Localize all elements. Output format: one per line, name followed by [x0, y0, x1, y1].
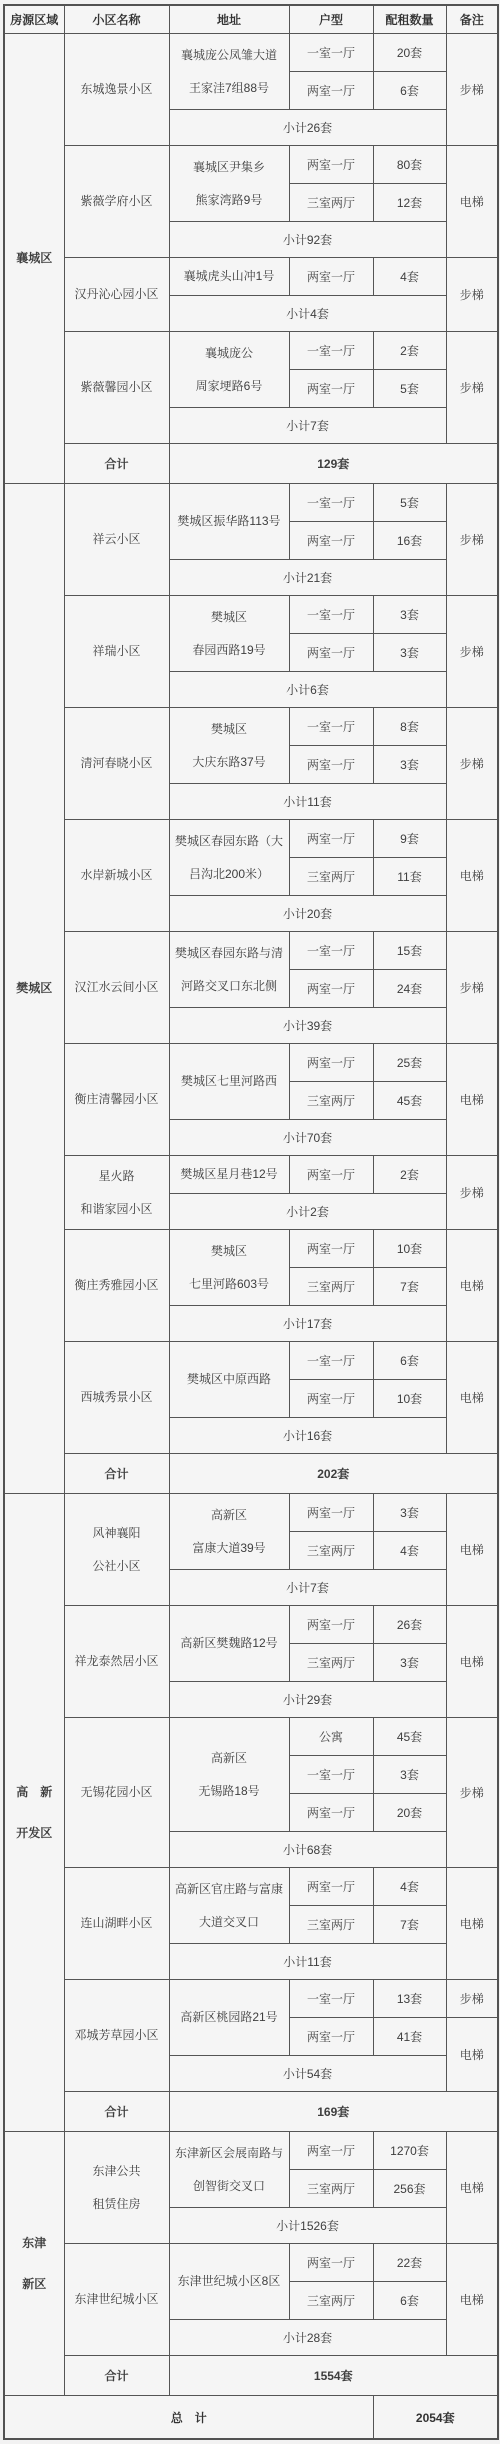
text-line: 邓城芳草园小区 [67, 2028, 167, 2043]
text-line: 星火路 [67, 1169, 167, 1184]
region-total-label: 合计 [64, 444, 169, 484]
unit-type-cell: 三室两厅 [289, 184, 373, 222]
unit-qty-cell: 20套 [373, 34, 446, 72]
community-cell: 紫薇馨园小区 [64, 332, 169, 444]
unit-row: 东津世纪城小区东津世纪城小区8区两室一厅22套电梯 [4, 2244, 498, 2282]
unit-type-cell: 两室一厅 [289, 970, 373, 1008]
address-cell: 樊城区七里河路603号 [169, 1230, 289, 1306]
unit-row: 汉江水云间小区樊城区春园东路与清河路交叉口东北侧一室一厅15套步梯 [4, 932, 498, 970]
subtotal-cell: 小计17套 [169, 1306, 446, 1342]
unit-qty-cell: 16套 [373, 522, 446, 560]
address-cell: 樊城区七里河路西 [169, 1044, 289, 1120]
unit-row: 邓城芳草园小区高新区桃园路21号一室一厅13套步梯 [4, 1980, 498, 2018]
grand-total-label: 总 计 [4, 2396, 373, 2440]
unit-type-cell: 一室一厅 [289, 1980, 373, 2018]
unit-type-cell: 两室一厅 [289, 1494, 373, 1532]
text-line: 无锡路18号 [172, 1784, 287, 1799]
address-cell: 襄城区尹集乡熊家湾路9号 [169, 146, 289, 222]
unit-qty-cell: 22套 [373, 2244, 446, 2282]
text-line: 东城逸景小区 [67, 82, 167, 97]
remark-cell: 步梯 [446, 484, 498, 596]
text-line: 高新区官庄路与富康 [172, 1882, 287, 1897]
unit-type-cell: 两室一厅 [289, 1044, 373, 1082]
text-line: 开发区 [7, 1826, 62, 1841]
region-cell: 襄城区 [4, 34, 64, 484]
unit-qty-cell: 3套 [373, 1494, 446, 1532]
page: 房源区域 小区名称 地址 户型 配租数量 备注 襄城区东城逸景小区襄城庞公凤雏大… [0, 0, 500, 2444]
unit-type-cell: 两室一厅 [289, 146, 373, 184]
text-line: 七里河路603号 [172, 1277, 287, 1292]
unit-qty-cell: 12套 [373, 184, 446, 222]
community-cell: 水岸新城小区 [64, 820, 169, 932]
text-line: 春园西路19号 [172, 643, 287, 658]
subtotal-cell: 小计21套 [169, 560, 446, 596]
subtotal-cell: 小计11套 [169, 1944, 446, 1980]
unit-row: 衡庄秀雅园小区樊城区七里河路603号两室一厅10套电梯 [4, 1230, 498, 1268]
unit-qty-cell: 3套 [373, 746, 446, 784]
community-cell: 汉江水云间小区 [64, 932, 169, 1044]
address-cell: 襄城庞公周家埂路6号 [169, 332, 289, 408]
unit-type-cell: 两室一厅 [289, 634, 373, 672]
text-line: 水岸新城小区 [67, 868, 167, 883]
community-cell: 东津世纪城小区 [64, 2244, 169, 2356]
grand-total-value: 2054套 [373, 2396, 498, 2440]
text-line: 祥云小区 [67, 532, 167, 547]
text-line: 东津世纪城小区8区 [172, 2274, 287, 2289]
text-line: 樊城区 [172, 1244, 287, 1259]
text-line: 东津世纪城小区 [67, 2292, 167, 2307]
community-cell: 星火路和谐家园小区 [64, 1156, 169, 1230]
unit-qty-cell: 41套 [373, 2018, 446, 2056]
unit-type-cell: 两室一厅 [289, 1606, 373, 1644]
column-header-remark: 备注 [446, 5, 498, 34]
remark-cell: 电梯 [446, 1044, 498, 1156]
text-line: 襄城庞公凤雏大道 [172, 48, 287, 63]
address-cell: 樊城区星月巷12号 [169, 1156, 289, 1194]
unit-qty-cell: 7套 [373, 1268, 446, 1306]
column-header-address: 地址 [169, 5, 289, 34]
remark-cell: 步梯 [446, 1156, 498, 1230]
address-cell: 樊城区春园东路与清河路交叉口东北侧 [169, 932, 289, 1008]
address-cell: 樊城区春园东路（大吕沟北200米） [169, 820, 289, 896]
region-total-value: 129套 [169, 444, 498, 484]
text-line: 无锡花园小区 [67, 1785, 167, 1800]
address-cell: 东津新区会展南路与创智街交叉口 [169, 2132, 289, 2208]
text-line: 紫薇学府小区 [67, 194, 167, 209]
region-total-value: 169套 [169, 2092, 498, 2132]
unit-row: 樊城区祥云小区樊城区振华路113号一室一厅5套步梯 [4, 484, 498, 522]
unit-qty-cell: 8套 [373, 708, 446, 746]
community-cell: 邓城芳草园小区 [64, 1980, 169, 2092]
text-line: 汉江水云间小区 [67, 980, 167, 995]
text-line: 富康大道39号 [172, 1541, 287, 1556]
grand-total-row: 总 计2054套 [4, 2396, 498, 2440]
unit-qty-cell: 4套 [373, 1532, 446, 1570]
text-line: 襄城区 [7, 251, 62, 266]
text-line: 西城秀景小区 [67, 1390, 167, 1405]
unit-qty-cell: 24套 [373, 970, 446, 1008]
address-cell: 樊城区大庆东路37号 [169, 708, 289, 784]
unit-row: 西城秀景小区樊城区中原西路一室一厅6套电梯 [4, 1342, 498, 1380]
unit-qty-cell: 45套 [373, 1082, 446, 1120]
unit-type-cell: 两室一厅 [289, 1794, 373, 1832]
unit-qty-cell: 10套 [373, 1230, 446, 1268]
text-line: 王家洼7组88号 [172, 81, 287, 96]
text-line: 公社小区 [67, 1559, 167, 1574]
community-cell: 祥云小区 [64, 484, 169, 596]
text-line: 樊城区春园东路（大 [172, 834, 287, 849]
text-line: 新区 [7, 2277, 62, 2292]
text-line: 风神襄阳 [67, 1526, 167, 1541]
column-header-unit-type: 户型 [289, 5, 373, 34]
address-cell: 襄城庞公凤雏大道王家洼7组88号 [169, 34, 289, 110]
remark-cell: 电梯 [446, 1494, 498, 1606]
text-line: 高新区 [172, 1508, 287, 1523]
community-cell: 连山湖畔小区 [64, 1868, 169, 1980]
remark-cell: 电梯 [446, 1342, 498, 1454]
remark-cell: 步梯 [446, 34, 498, 146]
unit-type-cell: 公寓 [289, 1718, 373, 1756]
text-line: 祥龙泰然居小区 [67, 1654, 167, 1669]
subtotal-cell: 小计26套 [169, 110, 446, 146]
unit-qty-cell: 6套 [373, 1342, 446, 1380]
text-line: 樊城区 [172, 722, 287, 737]
unit-type-cell: 两室一厅 [289, 2018, 373, 2056]
unit-qty-cell: 4套 [373, 258, 446, 296]
subtotal-cell: 小计7套 [169, 1570, 446, 1606]
address-cell: 高新区官庄路与富康大道交叉口 [169, 1868, 289, 1944]
subtotal-cell: 小计16套 [169, 1418, 446, 1454]
unit-row: 祥瑞小区樊城区春园西路19号一室一厅3套步梯 [4, 596, 498, 634]
unit-type-cell: 一室一厅 [289, 332, 373, 370]
remark-cell: 步梯 [446, 258, 498, 332]
remark-cell: 电梯 [446, 820, 498, 932]
unit-row: 汉丹沁心园小区襄城虎头山冲1号两室一厅4套步梯 [4, 258, 498, 296]
unit-type-cell: 三室两厅 [289, 1268, 373, 1306]
unit-row: 无锡花园小区高新区无锡路18号公寓45套步梯 [4, 1718, 498, 1756]
unit-qty-cell: 10套 [373, 1380, 446, 1418]
unit-qty-cell: 45套 [373, 1718, 446, 1756]
unit-type-cell: 两室一厅 [289, 72, 373, 110]
remark-cell: 步梯 [446, 596, 498, 708]
text-line: 祥瑞小区 [67, 644, 167, 659]
address-cell: 高新区樊魏路12号 [169, 1606, 289, 1682]
text-line: 衡庄秀雅园小区 [67, 1278, 167, 1293]
community-cell: 祥龙泰然居小区 [64, 1606, 169, 1718]
unit-qty-cell: 3套 [373, 596, 446, 634]
unit-type-cell: 两室一厅 [289, 2244, 373, 2282]
header-row: 房源区域 小区名称 地址 户型 配租数量 备注 [4, 5, 498, 34]
unit-qty-cell: 25套 [373, 1044, 446, 1082]
remark-cell: 电梯 [446, 1230, 498, 1342]
text-line: 和谐家园小区 [67, 1202, 167, 1217]
unit-type-cell: 一室一厅 [289, 1756, 373, 1794]
unit-qty-cell: 5套 [373, 484, 446, 522]
text-line: 樊城区七里河路西 [172, 1074, 287, 1089]
region-total-label: 合计 [64, 1454, 169, 1494]
text-line: 樊城区春园东路与清 [172, 946, 287, 961]
subtotal-cell: 小计68套 [169, 1832, 446, 1868]
text-line: 熊家湾路9号 [172, 193, 287, 208]
unit-qty-cell: 20套 [373, 1794, 446, 1832]
unit-type-cell: 一室一厅 [289, 932, 373, 970]
region-cell: 高 新开发区 [4, 1494, 64, 2132]
subtotal-cell: 小计39套 [169, 1008, 446, 1044]
text-line: 樊城区振华路113号 [172, 514, 287, 529]
remark-cell: 步梯 [446, 332, 498, 444]
remark-cell: 步梯 [446, 1980, 498, 2018]
subtotal-cell: 小计70套 [169, 1120, 446, 1156]
unit-qty-cell: 7套 [373, 1906, 446, 1944]
unit-type-cell: 三室两厅 [289, 858, 373, 896]
text-line: 高 新 [7, 1785, 62, 1800]
text-line: 襄城虎头山冲1号 [172, 269, 287, 284]
unit-type-cell: 三室两厅 [289, 1906, 373, 1944]
unit-qty-cell: 13套 [373, 1980, 446, 2018]
community-cell: 东津公共租赁住房 [64, 2132, 169, 2244]
text-line: 樊城区中原西路 [172, 1372, 287, 1387]
unit-qty-cell: 80套 [373, 146, 446, 184]
text-line: 樊城区 [7, 981, 62, 996]
unit-qty-cell: 3套 [373, 1644, 446, 1682]
region-total-value: 202套 [169, 1454, 498, 1494]
subtotal-cell: 小计92套 [169, 222, 446, 258]
unit-row: 东津新区东津公共租赁住房东津新区会展南路与创智街交叉口两室一厅1270套电梯 [4, 2132, 498, 2170]
unit-type-cell: 两室一厅 [289, 2132, 373, 2170]
remark-cell: 电梯 [446, 1606, 498, 1718]
subtotal-cell: 小计54套 [169, 2056, 446, 2092]
text-line: 紫薇馨园小区 [67, 380, 167, 395]
unit-type-cell: 两室一厅 [289, 370, 373, 408]
address-cell: 东津世纪城小区8区 [169, 2244, 289, 2320]
region-total-row: 合计202套 [4, 1454, 498, 1494]
column-header-community: 小区名称 [64, 5, 169, 34]
unit-row: 清河春晓小区樊城区大庆东路37号一室一厅8套步梯 [4, 708, 498, 746]
region-cell: 东津新区 [4, 2132, 64, 2396]
unit-type-cell: 两室一厅 [289, 1230, 373, 1268]
subtotal-cell: 小计1526套 [169, 2208, 446, 2244]
text-line: 樊城区星月巷12号 [172, 1167, 287, 1182]
region-total-row: 合计129套 [4, 444, 498, 484]
community-cell: 无锡花园小区 [64, 1718, 169, 1868]
text-line: 东津公共 [67, 2164, 167, 2179]
unit-qty-cell: 3套 [373, 1756, 446, 1794]
community-cell: 西城秀景小区 [64, 1342, 169, 1454]
subtotal-cell: 小计29套 [169, 1682, 446, 1718]
unit-type-cell: 一室一厅 [289, 708, 373, 746]
subtotal-cell: 小计7套 [169, 408, 446, 444]
community-cell: 衡庄清馨园小区 [64, 1044, 169, 1156]
unit-qty-cell: 1270套 [373, 2132, 446, 2170]
remark-cell: 步梯 [446, 932, 498, 1044]
address-cell: 樊城区春园西路19号 [169, 596, 289, 672]
unit-type-cell: 两室一厅 [289, 522, 373, 560]
unit-qty-cell: 256套 [373, 2170, 446, 2208]
unit-row: 紫薇学府小区襄城区尹集乡熊家湾路9号两室一厅80套电梯 [4, 146, 498, 184]
unit-qty-cell: 6套 [373, 72, 446, 110]
subtotal-cell: 小计4套 [169, 296, 446, 332]
text-line: 高新区 [172, 1751, 287, 1766]
remark-cell: 电梯 [446, 1868, 498, 1980]
remark-cell: 步梯 [446, 708, 498, 820]
unit-type-cell: 两室一厅 [289, 820, 373, 858]
unit-qty-cell: 2套 [373, 332, 446, 370]
column-header-region: 房源区域 [4, 5, 64, 34]
unit-qty-cell: 2套 [373, 1156, 446, 1194]
remark-cell: 电梯 [446, 146, 498, 258]
text-line: 清河春晓小区 [67, 756, 167, 771]
unit-qty-cell: 9套 [373, 820, 446, 858]
text-line: 连山湖畔小区 [67, 1916, 167, 1931]
address-cell: 樊城区振华路113号 [169, 484, 289, 560]
region-cell: 樊城区 [4, 484, 64, 1494]
text-line: 高新区桃园路21号 [172, 2010, 287, 2025]
text-line: 大庆东路37号 [172, 755, 287, 770]
community-cell: 祥瑞小区 [64, 596, 169, 708]
text-line: 襄城庞公 [172, 346, 287, 361]
community-cell: 风神襄阳公社小区 [64, 1494, 169, 1606]
text-line: 吕沟北200米） [172, 867, 287, 882]
subtotal-cell: 小计28套 [169, 2320, 446, 2356]
address-cell: 高新区桃园路21号 [169, 1980, 289, 2056]
address-cell: 襄城虎头山冲1号 [169, 258, 289, 296]
address-cell: 樊城区中原西路 [169, 1342, 289, 1418]
unit-row: 紫薇馨园小区襄城庞公周家埂路6号一室一厅2套步梯 [4, 332, 498, 370]
region-total-value: 1554套 [169, 2356, 498, 2396]
unit-type-cell: 一室一厅 [289, 484, 373, 522]
text-line: 东津 [7, 2236, 62, 2251]
text-line: 东津新区会展南路与 [172, 2146, 287, 2161]
unit-type-cell: 一室一厅 [289, 596, 373, 634]
unit-type-cell: 三室两厅 [289, 2170, 373, 2208]
table-body: 襄城区东城逸景小区襄城庞公凤雏大道王家洼7组88号一室一厅20套步梯两室一厅6套… [4, 34, 498, 2440]
unit-row: 祥龙泰然居小区高新区樊魏路12号两室一厅26套电梯 [4, 1606, 498, 1644]
remark-cell: 电梯 [446, 2018, 498, 2092]
unit-qty-cell: 6套 [373, 2282, 446, 2320]
unit-qty-cell: 26套 [373, 1606, 446, 1644]
region-total-label: 合计 [64, 2356, 169, 2396]
region-total-row: 合计169套 [4, 2092, 498, 2132]
text-line: 大道交叉口 [172, 1915, 287, 1930]
unit-row: 襄城区东城逸景小区襄城庞公凤雏大道王家洼7组88号一室一厅20套步梯 [4, 34, 498, 72]
text-line: 租赁住房 [67, 2197, 167, 2212]
column-header-quantity: 配租数量 [373, 5, 446, 34]
unit-qty-cell: 11套 [373, 858, 446, 896]
housing-allocation-table: 房源区域 小区名称 地址 户型 配租数量 备注 襄城区东城逸景小区襄城庞公凤雏大… [3, 4, 499, 2440]
community-cell: 东城逸景小区 [64, 34, 169, 146]
region-total-label: 合计 [64, 2092, 169, 2132]
unit-type-cell: 两室一厅 [289, 258, 373, 296]
address-cell: 高新区富康大道39号 [169, 1494, 289, 1570]
subtotal-cell: 小计20套 [169, 896, 446, 932]
remark-cell: 电梯 [446, 2244, 498, 2356]
unit-type-cell: 三室两厅 [289, 1532, 373, 1570]
unit-type-cell: 一室一厅 [289, 1342, 373, 1380]
unit-type-cell: 两室一厅 [289, 746, 373, 784]
unit-type-cell: 两室一厅 [289, 1156, 373, 1194]
text-line: 创智街交叉口 [172, 2179, 287, 2194]
remark-cell: 步梯 [446, 1718, 498, 1868]
unit-type-cell: 三室两厅 [289, 2282, 373, 2320]
text-line: 高新区樊魏路12号 [172, 1636, 287, 1651]
unit-qty-cell: 15套 [373, 932, 446, 970]
unit-qty-cell: 5套 [373, 370, 446, 408]
community-cell: 汉丹沁心园小区 [64, 258, 169, 332]
subtotal-cell: 小计2套 [169, 1194, 446, 1230]
subtotal-cell: 小计11套 [169, 784, 446, 820]
unit-qty-cell: 4套 [373, 1868, 446, 1906]
unit-row: 星火路和谐家园小区樊城区星月巷12号两室一厅2套步梯 [4, 1156, 498, 1194]
text-line: 樊城区 [172, 610, 287, 625]
unit-type-cell: 三室两厅 [289, 1644, 373, 1682]
remark-cell: 电梯 [446, 2132, 498, 2244]
unit-row: 高 新开发区风神襄阳公社小区高新区富康大道39号两室一厅3套电梯 [4, 1494, 498, 1532]
community-cell: 清河春晓小区 [64, 708, 169, 820]
text-line: 襄城区尹集乡 [172, 160, 287, 175]
community-cell: 紫薇学府小区 [64, 146, 169, 258]
unit-qty-cell: 3套 [373, 634, 446, 672]
text-line: 汉丹沁心园小区 [67, 287, 167, 302]
unit-row: 水岸新城小区樊城区春园东路（大吕沟北200米）两室一厅9套电梯 [4, 820, 498, 858]
unit-type-cell: 两室一厅 [289, 1868, 373, 1906]
unit-row: 连山湖畔小区高新区官庄路与富康大道交叉口两室一厅4套电梯 [4, 1868, 498, 1906]
unit-type-cell: 两室一厅 [289, 1380, 373, 1418]
unit-type-cell: 三室两厅 [289, 1082, 373, 1120]
text-line: 衡庄清馨园小区 [67, 1092, 167, 1107]
text-line: 河路交叉口东北侧 [172, 979, 287, 994]
region-total-row: 合计1554套 [4, 2356, 498, 2396]
unit-row: 衡庄清馨园小区樊城区七里河路西两室一厅25套电梯 [4, 1044, 498, 1082]
address-cell: 高新区无锡路18号 [169, 1718, 289, 1832]
community-cell: 衡庄秀雅园小区 [64, 1230, 169, 1342]
unit-type-cell: 一室一厅 [289, 34, 373, 72]
text-line: 周家埂路6号 [172, 379, 287, 394]
subtotal-cell: 小计6套 [169, 672, 446, 708]
